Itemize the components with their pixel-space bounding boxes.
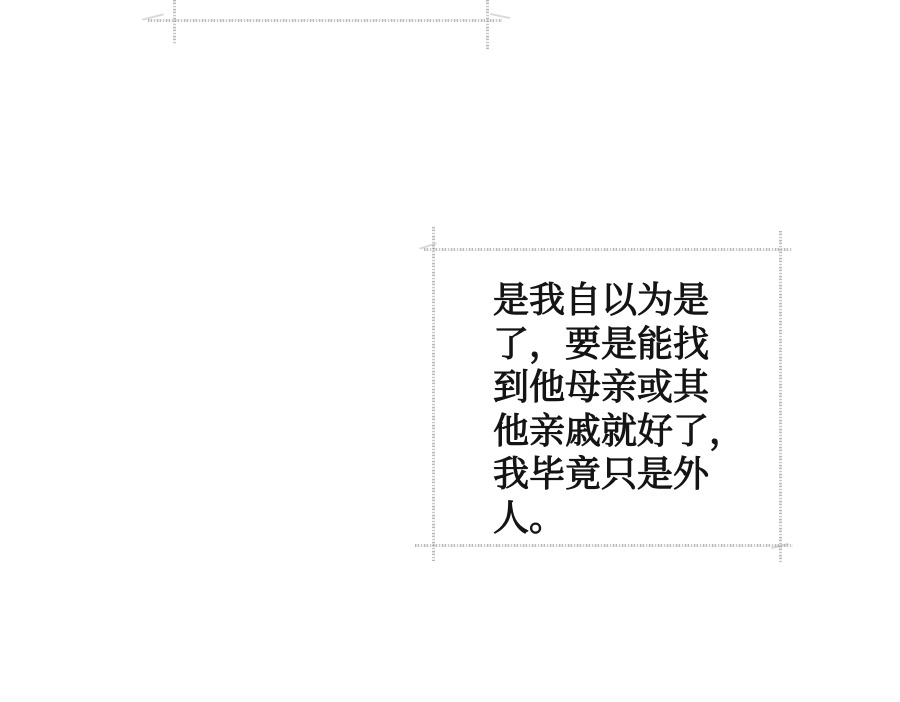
dialogue-speech-bubble: 是我自以为是 了，要是能找 到他母亲或其 他亲戚就好了， 我毕竟只是外 人。 xyxy=(433,249,780,546)
bubble-bottom-border xyxy=(415,544,793,547)
dialogue-text: 是我自以为是 了，要是能找 到他母亲或其 他亲戚就好了， 我毕竟只是外 人。 xyxy=(493,279,779,540)
bubble-left-border xyxy=(432,227,435,561)
top-bubble-right-border xyxy=(486,0,489,50)
comic-panel: 是我自以为是 了，要是能找 到他母亲或其 他亲戚就好了， 我毕竟只是外 人。 xyxy=(0,0,900,702)
top-bubble-bottom-border xyxy=(148,19,502,22)
top-bubble-left-border xyxy=(173,0,176,44)
bubble-right-border xyxy=(779,231,782,563)
bubble-top-border xyxy=(424,248,792,251)
